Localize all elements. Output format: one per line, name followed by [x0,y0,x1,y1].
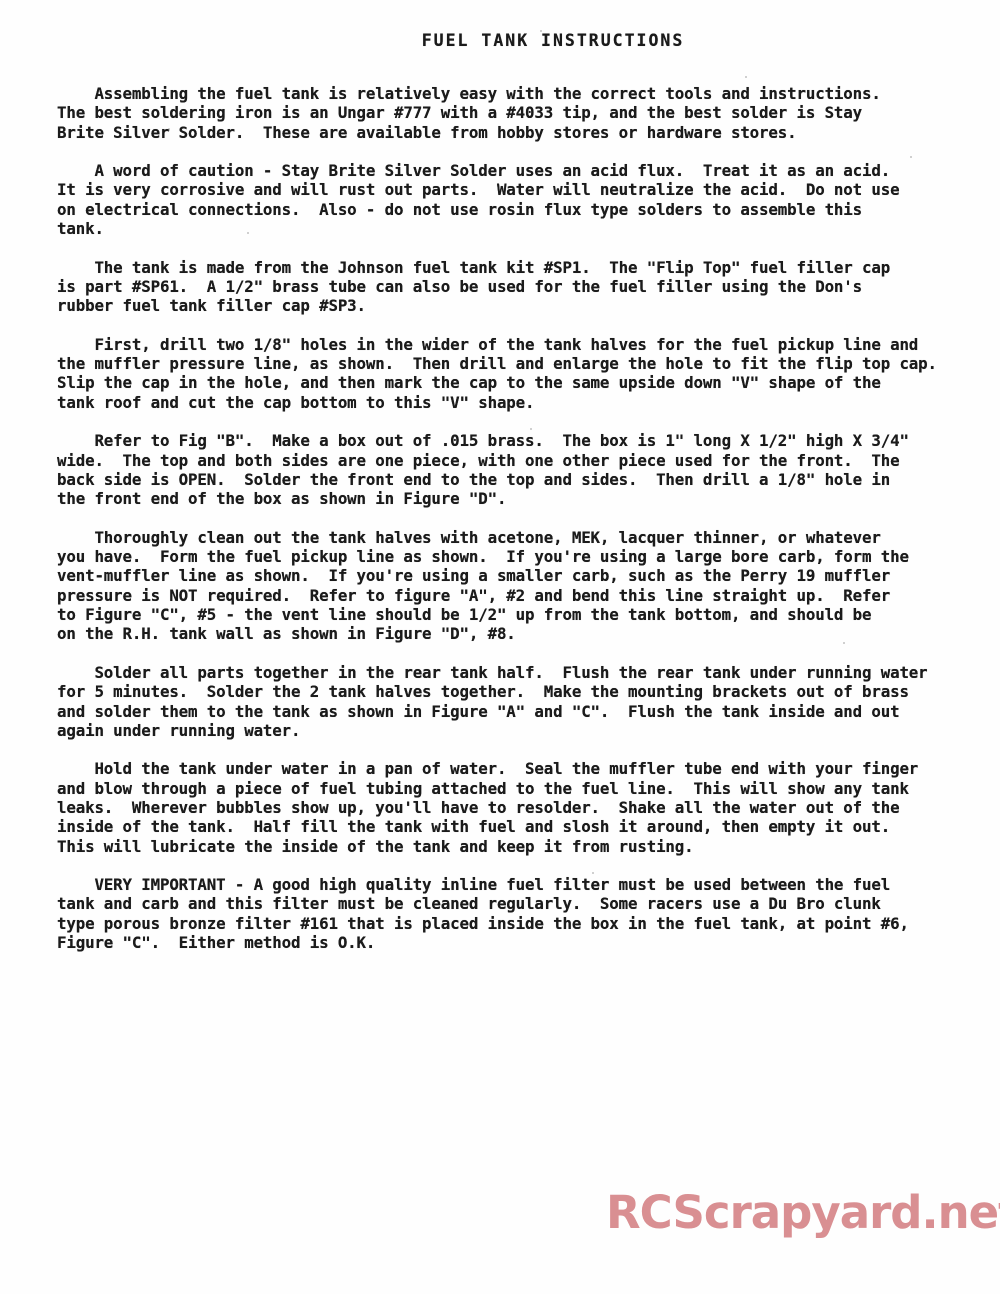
paragraph: Solder all parts together in the rear ta… [57,663,957,740]
paragraph: Refer to Fig "B". Make a box out of .015… [57,431,957,508]
watermark-text: RCScrapyard.net [606,1186,1000,1239]
paragraph: VERY IMPORTANT - A good high quality inl… [57,875,957,952]
document-page: FUEL TANK INSTRUCTIONS Assembling the fu… [0,0,1000,1294]
document-body: Assembling the fuel tank is relatively e… [57,84,957,972]
scan-noise-speck [843,642,845,644]
scan-noise-speck [592,872,594,874]
paragraph: First, drill two 1/8" holes in the wider… [57,335,957,412]
paragraph: Assembling the fuel tank is relatively e… [57,84,957,142]
paragraph: The tank is made from the Johnson fuel t… [57,258,957,316]
scan-noise-speck [540,30,542,32]
paragraph: Hold the tank under water in a pan of wa… [57,759,957,855]
paragraph: Thoroughly clean out the tank halves wit… [57,528,957,644]
scan-noise-speck [910,156,912,158]
paragraph: A word of caution - Stay Brite Silver So… [57,161,957,238]
scan-noise-speck [530,428,532,430]
scan-noise-speck [168,128,170,131]
scan-noise-speck [247,232,249,234]
scan-noise-speck [745,76,747,78]
page-title: FUEL TANK INSTRUCTIONS [53,31,1000,50]
